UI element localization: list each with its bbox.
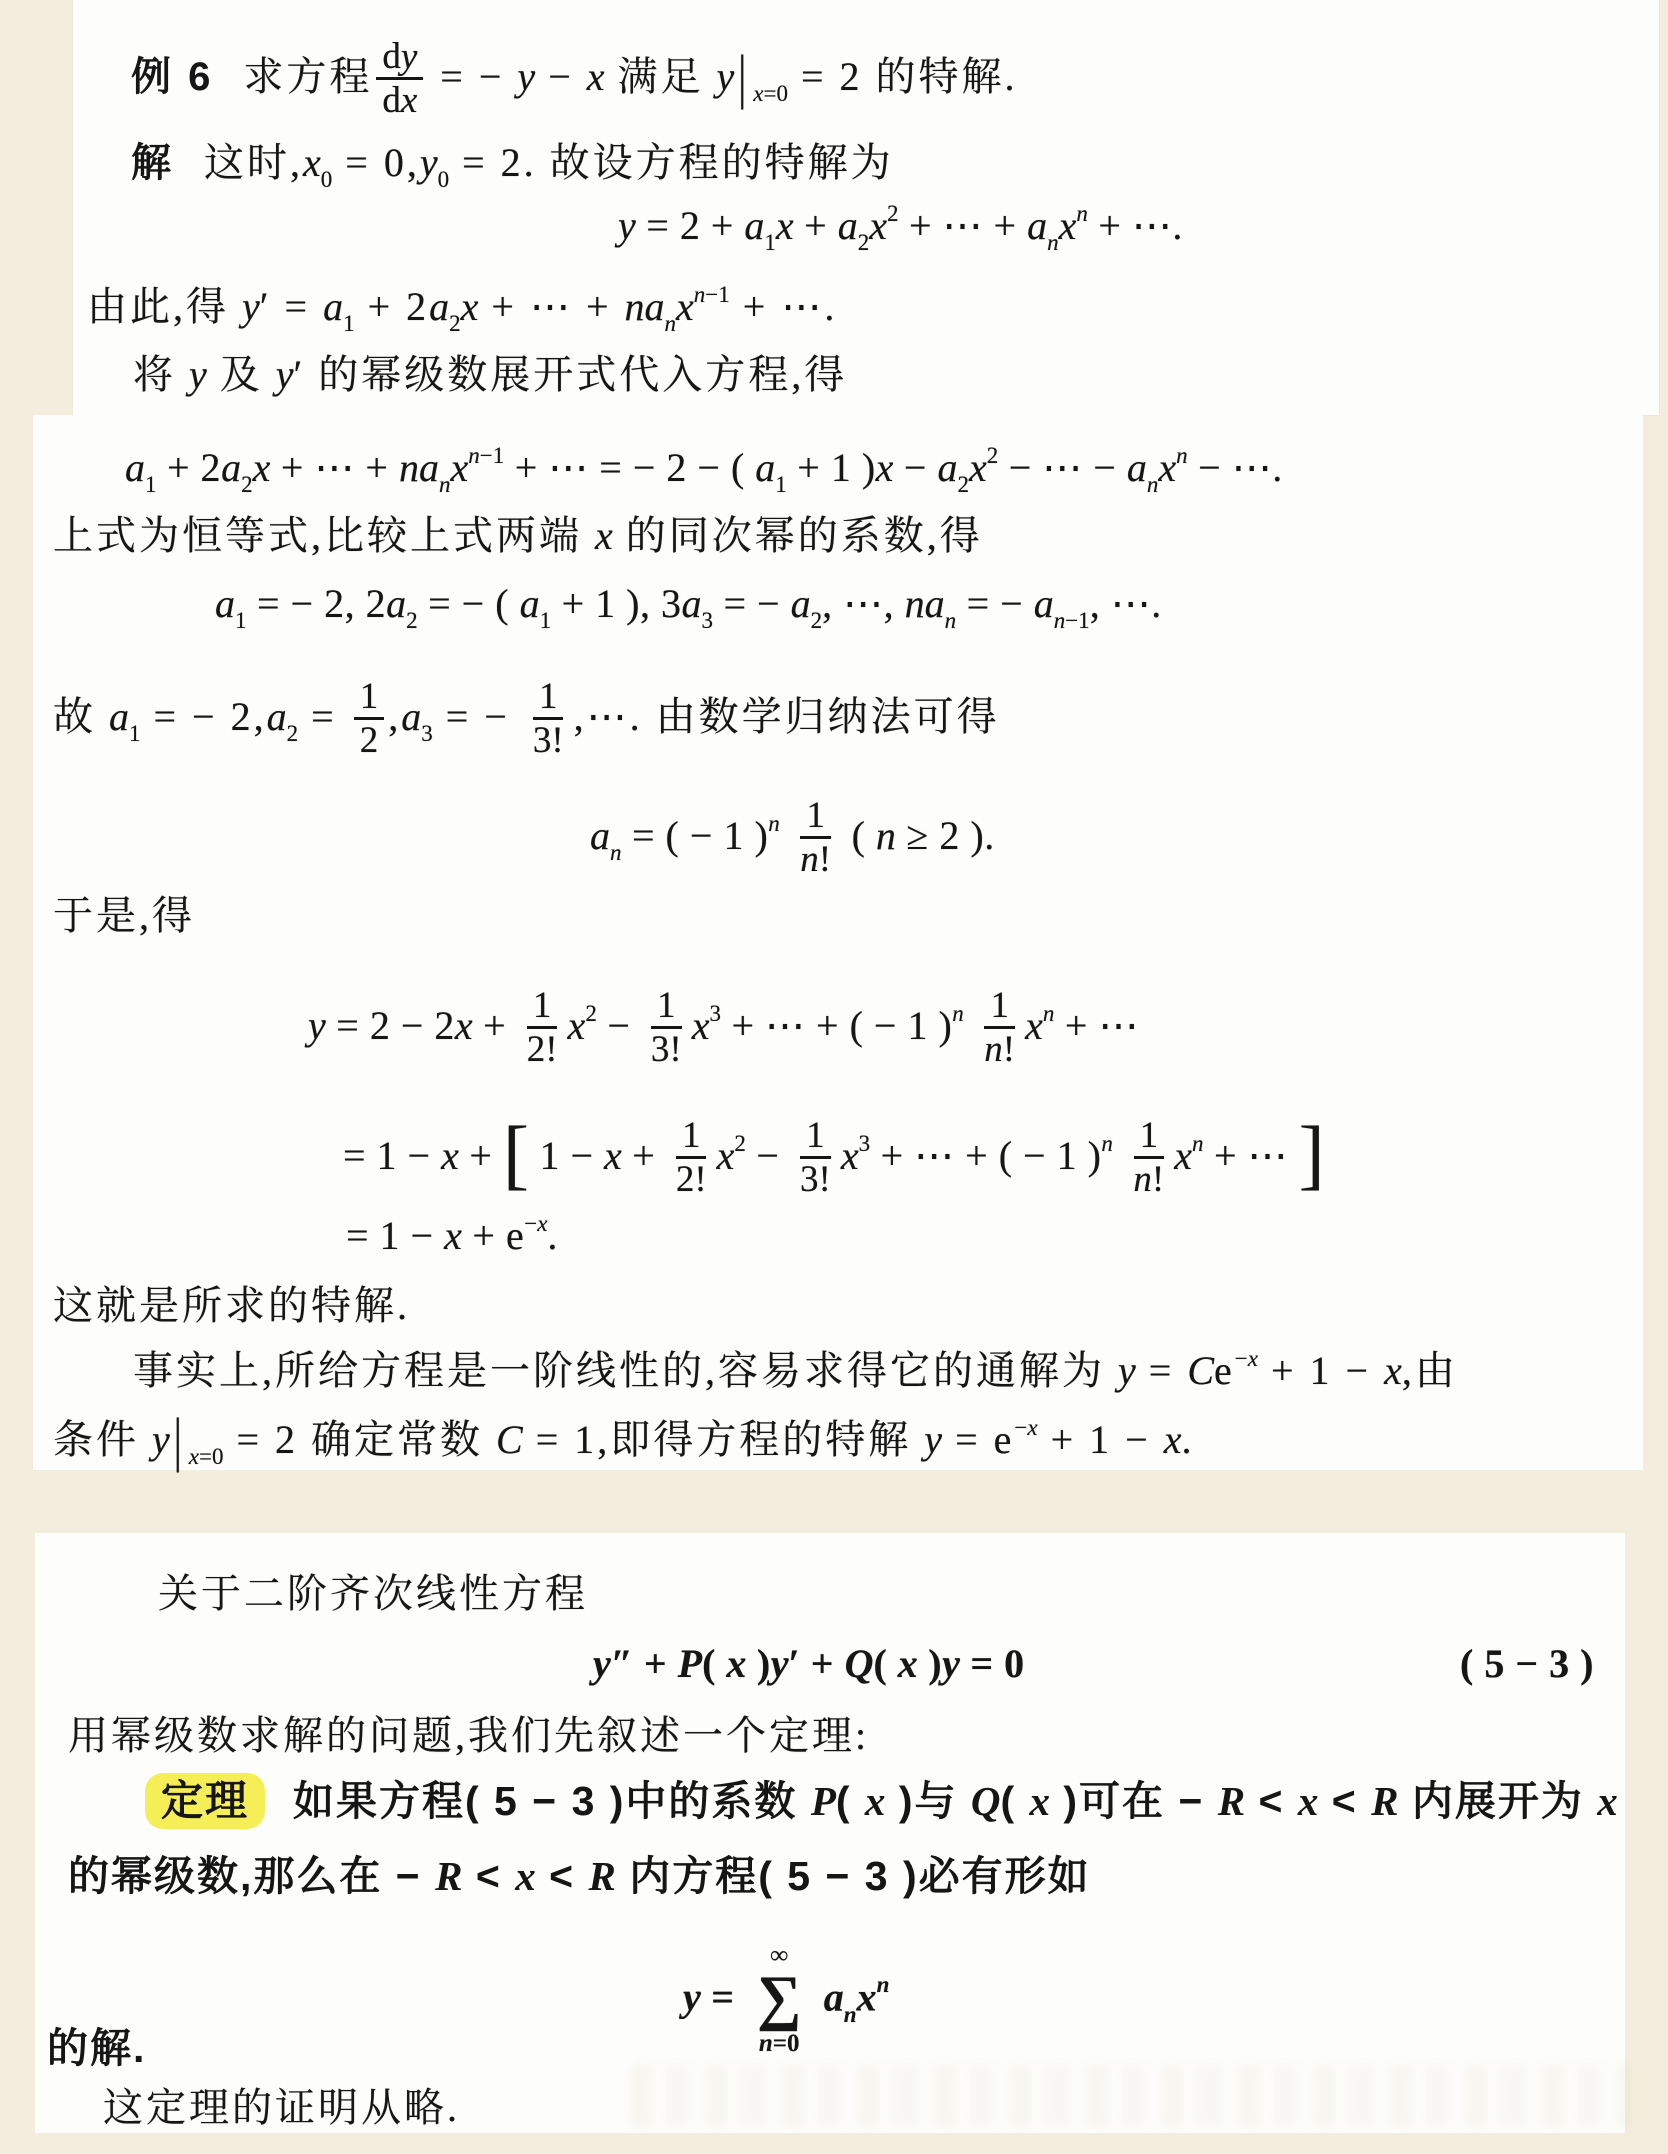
linear-ode-equation: y″ + P( x )y′ + Q( x )y = 0 xyxy=(593,1641,1025,1687)
theorem-badge: 定理 xyxy=(145,1773,265,1829)
identity-equation: a1 + 2a2x + ⋯ + nanxn−1 + ⋯ = − 2 − ( a1… xyxy=(125,445,1283,491)
derivation-block: a1 + 2a2x + ⋯ + nanxn−1 + ⋯ = − 2 − ( a1… xyxy=(33,415,1643,1470)
example6-heading-line: 例 6求方程dydx = − y − x 满足 y|x=0 = 2 的特解. xyxy=(131,38,1018,124)
power-series-sum-formula: y = ∞∑n=0 anxn xyxy=(683,1945,889,2058)
solution-word: 的解. xyxy=(47,2025,146,2072)
example6-block: 例 6求方程dydx = − y − x 满足 y|x=0 = 2 的特解. 解… xyxy=(73,0,1659,415)
general-coefficient-formula: an = ( − 1 )n 1n! ( n ≥ 2 ). xyxy=(590,797,995,883)
theorem-line1-text: 如果方程( 5 − 3 )中的系数 P( x )与 Q( x )可在 − R <… xyxy=(293,1778,1618,1824)
theorem-block: 关于二阶齐次线性方程 y″ + P( x )y′ + Q( x )y = 0 (… xyxy=(35,1533,1625,2133)
example6-statement: 求方程dydx = − y − x 满足 y|x=0 = 2 的特解. xyxy=(243,54,1017,99)
proof-note-text: 这定理的证明从略. xyxy=(103,2085,460,2131)
thus-text: 于是,得 xyxy=(53,893,195,939)
theorem-intro-text: 关于二阶齐次线性方程 xyxy=(158,1571,588,1617)
compare-coefficients-text: 上式为恒等式,比较上式两端 x 的同次幂的系数,得 xyxy=(53,513,983,559)
example6-label: 例 6 xyxy=(131,55,213,99)
series-expansion-line2: = 1 − x + [ 1 − x + 12!x2 − 13!x3 + ⋯ + … xyxy=(343,1117,1325,1203)
series-expansion-line1: y = 2 − 2x + 12!x2 − 13!x3 + ⋯ + ( − 1 )… xyxy=(308,987,1139,1073)
hence-coefficients-line: 故 a1 = − 2,a2 = 12,a3 = − 13!,⋯. 由数学归纳法可… xyxy=(53,678,1000,764)
solve-text: 这时,x0 = 0,y0 = 2. 故设方程的特解为 xyxy=(204,140,894,185)
page-bleed-through xyxy=(630,2064,1630,2128)
series-ansatz-formula: y = 2 + a1x + a2x2 + ⋯ + anxn + ⋯. xyxy=(618,203,1183,249)
series-expansion-line3: = 1 − x + e−x. xyxy=(346,1213,558,1259)
coefficient-equations: a1 = − 2, 2a2 = − ( a1 + 1 ), 3a3 = − a2… xyxy=(215,581,1162,627)
solution-line: 解这时,x0 = 0,y0 = 2. 故设方程的特解为 xyxy=(131,140,894,186)
solve-label: 解 xyxy=(131,141,174,185)
lead-in-text: 用幂级数求解的问题,我们先叙述一个定理: xyxy=(68,1713,869,1759)
textbook-page: { "colors": { "page-bg": "#f2eddc", "car… xyxy=(0,0,1668,2154)
substitute-line: 将 y 及 y′ 的幂级数展开式代入方程,得 xyxy=(133,352,847,398)
equation-number: ( 5 − 3 ) xyxy=(1460,1641,1594,1687)
theorem-statement-line1: 定理如果方程( 5 − 3 )中的系数 P( x )与 Q( x )可在 − R… xyxy=(145,1773,1618,1829)
theorem-statement-line2: 的幂级数,那么在 − R < x < R 内方程( 5 − 3 )必有形如 xyxy=(68,1853,1091,1900)
remark-line2: 条件 y|x=0 = 2 确定常数 C = 1,即得方程的特解 y = e−x … xyxy=(53,1417,1194,1463)
derivative-line: 由此,得 y′ = a1 + 2a2x + ⋯ + nanxn−1 + ⋯. xyxy=(87,284,837,330)
conclusion-text: 这就是所求的特解. xyxy=(53,1283,410,1329)
remark-line1: 事实上,所给方程是一阶线性的,容易求得它的通解为 y = Ce−x + 1 − … xyxy=(133,1348,1458,1394)
